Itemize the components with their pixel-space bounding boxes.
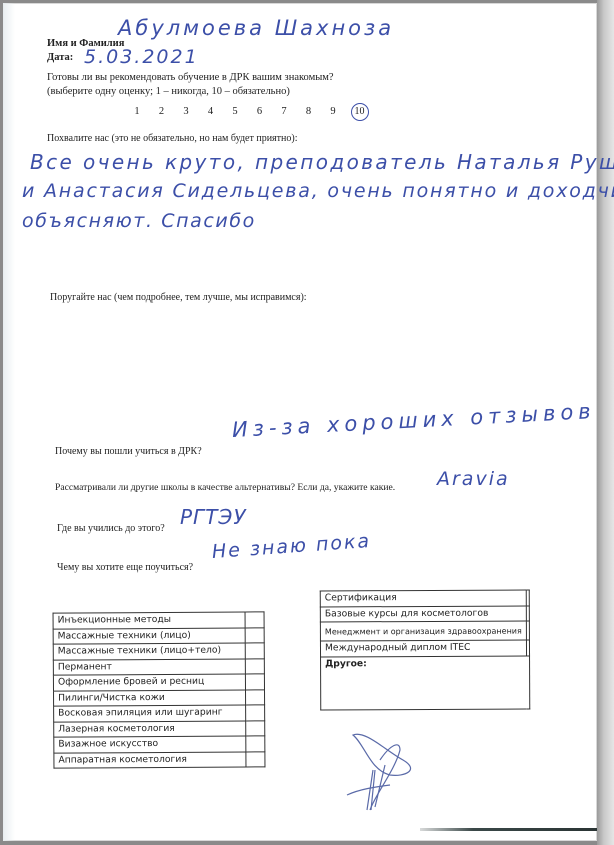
criticism-label: Поругайте нас (чем подробнее, тем лучше,…: [50, 292, 307, 303]
rating-option-4[interactable]: 4: [204, 106, 218, 117]
course-row: Перманент: [53, 658, 264, 675]
rating-scale[interactable]: 12345678910: [130, 104, 380, 124]
course-row: Сертификация: [320, 590, 529, 606]
course-checkbox[interactable]: [245, 674, 264, 690]
rating-option-1[interactable]: 1: [130, 106, 144, 117]
signature-icon: [345, 715, 445, 825]
course-checkbox[interactable]: [246, 720, 265, 736]
course-label: Менеджмент и организация здравоохранения: [320, 621, 526, 641]
rating-option-5[interactable]: 5: [228, 106, 242, 117]
course-row: Визажное искусство: [54, 736, 265, 753]
course-row: Массажные техники (лицо+тело): [53, 643, 264, 660]
course-label: Оформление бровей и ресниц: [53, 674, 245, 691]
course-label: Перманент: [53, 658, 245, 675]
course-label: Базовые курсы для косметологов: [320, 606, 526, 622]
course-label: Аппаратная косметология: [54, 751, 246, 768]
course-checkbox[interactable]: [526, 640, 529, 656]
rating-option-3[interactable]: 3: [179, 106, 193, 117]
rating-option-6[interactable]: 6: [253, 106, 267, 117]
course-row: Массажные техники (лицо): [53, 627, 264, 644]
rating-option-2[interactable]: 2: [155, 106, 169, 117]
course-checkbox[interactable]: [526, 606, 529, 622]
course-checkbox[interactable]: [246, 751, 265, 767]
rating-option-10[interactable]: 10: [351, 103, 369, 121]
course-label: Пилинги/Чистка кожи: [54, 689, 246, 706]
page-edge: [597, 0, 614, 845]
date-label: Дата:: [47, 52, 73, 63]
course-checkbox[interactable]: [245, 612, 264, 628]
course-row: Пилинги/Чистка кожи: [54, 689, 265, 706]
courses-table-right: СертификацияБазовые курсы для косметолог…: [320, 590, 531, 710]
course-label: Инъекционные методы: [53, 612, 245, 629]
praise-label: Похвалите нас (это не обязательно, но на…: [47, 133, 297, 144]
recommend-question: Готовы ли вы рекомендовать обучение в ДР…: [47, 72, 334, 83]
why-label: Почему вы пошли учиться в ДРК?: [55, 446, 202, 457]
recommend-hint: (выберите одну оценку; 1 – никогда, 10 –…: [47, 86, 290, 97]
course-row: Базовые курсы для косметологов: [320, 606, 529, 622]
course-checkbox[interactable]: [246, 705, 265, 721]
course-label: Сертификация: [320, 590, 526, 606]
course-checkbox[interactable]: [245, 627, 264, 643]
course-row: Лазерная косметология: [54, 720, 265, 737]
other-row: Другое:: [321, 656, 530, 710]
scan-shadow: [3, 3, 15, 841]
praise-line-3: объясняют. Спасибо: [22, 210, 256, 232]
name-value: Абулмоева Шахноза: [118, 16, 394, 40]
other-field[interactable]: Другое:: [321, 656, 530, 710]
course-checkbox[interactable]: [246, 736, 265, 752]
course-row: Инъекционные методы: [53, 612, 264, 629]
course-checkbox[interactable]: [245, 643, 264, 659]
prev-study-value: РГТЭУ: [180, 505, 247, 529]
praise-line-2: и Анастасия Сидельцева, очень понятно и …: [22, 180, 614, 202]
course-label: Лазерная косметология: [54, 720, 246, 737]
praise-line-1: Все очень круто, преподователь Наталья Р…: [30, 150, 614, 174]
date-value: 5.03.2021: [84, 46, 199, 68]
course-checkbox[interactable]: [245, 658, 264, 674]
course-row: Оформление бровей и ресниц: [53, 674, 264, 691]
alternatives-label: Рассматривали ли другие школы в качестве…: [55, 482, 395, 493]
course-label: Восковая эпиляция или шугаринг: [54, 705, 246, 722]
course-checkbox[interactable]: [526, 590, 529, 606]
rating-option-9[interactable]: 9: [326, 106, 340, 117]
want-learn-label: Чему вы хотите еще поучиться?: [57, 562, 193, 573]
course-checkbox[interactable]: [526, 621, 529, 640]
course-label: Визажное искусство: [54, 736, 246, 753]
course-label: Массажные техники (лицо): [53, 627, 245, 644]
alternatives-value: Aravia: [437, 468, 510, 490]
course-row: Восковая эпиляция или шугаринг: [54, 705, 265, 722]
course-row: Менеджмент и организация здравоохранения: [320, 621, 529, 641]
courses-table-left: Инъекционные методыМассажные техники (ли…: [53, 611, 266, 768]
page-bottom-edge: [420, 828, 597, 831]
course-label: Международный диплом ITEC: [320, 640, 526, 656]
course-label: Массажные техники (лицо+тело): [53, 643, 245, 660]
prev-study-label: Где вы учились до этого?: [57, 523, 165, 534]
rating-option-7[interactable]: 7: [277, 106, 291, 117]
course-row: Аппаратная косметология: [54, 751, 265, 768]
rating-option-8[interactable]: 8: [302, 106, 316, 117]
course-checkbox[interactable]: [245, 689, 264, 705]
course-row: Международный диплом ITEC: [320, 640, 529, 656]
